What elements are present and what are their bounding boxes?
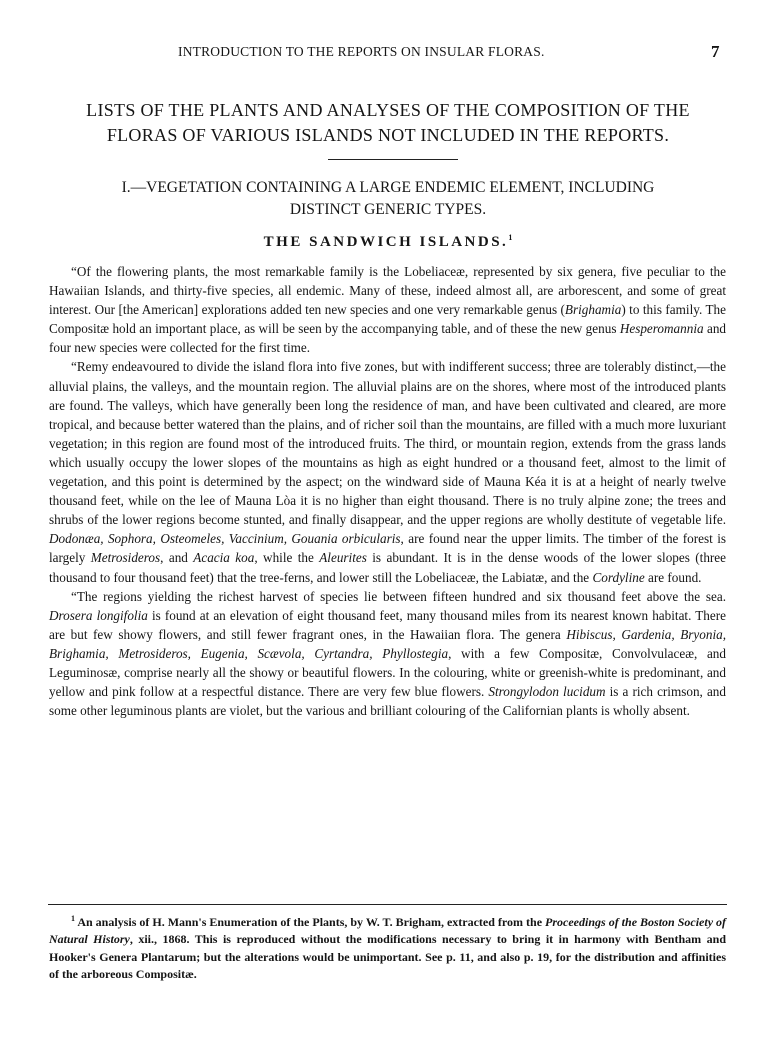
text-run: , xii., 1868. This is reproduced without… (49, 932, 726, 981)
text-run: , while the (254, 550, 319, 565)
paragraph: “Remy endeavoured to divide the island f… (49, 357, 726, 586)
italic-term: Brighamia (565, 302, 621, 317)
footnote-reference[interactable]: 1 (508, 233, 512, 242)
italic-term: Dodonæa, Sophora, Osteomeles, Vaccinium,… (49, 531, 401, 546)
running-title: INTRODUCTION TO THE REPORTS ON INSULAR F… (178, 44, 545, 60)
text-run: “The regions yielding the richest harves… (71, 589, 726, 604)
text-run: “Remy endeavoured to divide the island f… (49, 359, 726, 527)
footnote-divider (48, 904, 727, 905)
island-heading-text: THE SANDWICH ISLANDS. (264, 234, 509, 250)
paragraph: “Of the flowering plants, the most remar… (49, 262, 726, 357)
running-head: INTRODUCTION TO THE REPORTS ON INSULAR F… (0, 44, 776, 64)
section-title-line-1: I.—VEGETATION CONTAINING A LARGE ENDEMIC… (40, 177, 736, 199)
section-title: I.—VEGETATION CONTAINING A LARGE ENDEMIC… (40, 177, 736, 221)
text-run: An analysis of H. Mann's Enumeration of … (75, 915, 545, 929)
main-title: LISTS OF THE PLANTS AND ANALYSES OF THE … (30, 98, 746, 148)
page-number: 7 (711, 42, 720, 62)
italic-term: Metrosideros (91, 550, 160, 565)
italic-term: Hesperomannia (620, 321, 704, 336)
italic-term: Strongylodon lucidum (488, 684, 605, 699)
italic-term: Acacia koa (193, 550, 254, 565)
italic-term: Cordyline (592, 570, 644, 585)
main-title-line-2: FLORAS OF VARIOUS ISLANDS NOT INCLUDED I… (30, 123, 746, 148)
section-title-line-2: DISTINCT GENERIC TYPES. (40, 199, 736, 221)
body-text: “Of the flowering plants, the most remar… (49, 262, 726, 720)
text-run: are found. (645, 570, 702, 585)
italic-term: Drosera longifolia (49, 608, 148, 623)
italic-term: Aleurites (319, 550, 367, 565)
island-heading: THE SANDWICH ISLANDS.1 (0, 233, 776, 251)
footnote-text: 1 An analysis of H. Mann's Enumeration o… (49, 910, 726, 983)
text-run: , and (160, 550, 193, 565)
main-title-line-1: LISTS OF THE PLANTS AND ANALYSES OF THE … (30, 98, 746, 123)
footnote-body: An analysis of H. Mann's Enumeration of … (49, 915, 726, 981)
title-divider (328, 159, 458, 160)
paragraph: “The regions yielding the richest harves… (49, 587, 726, 721)
footnote: 1 An analysis of H. Mann's Enumeration o… (49, 910, 726, 983)
